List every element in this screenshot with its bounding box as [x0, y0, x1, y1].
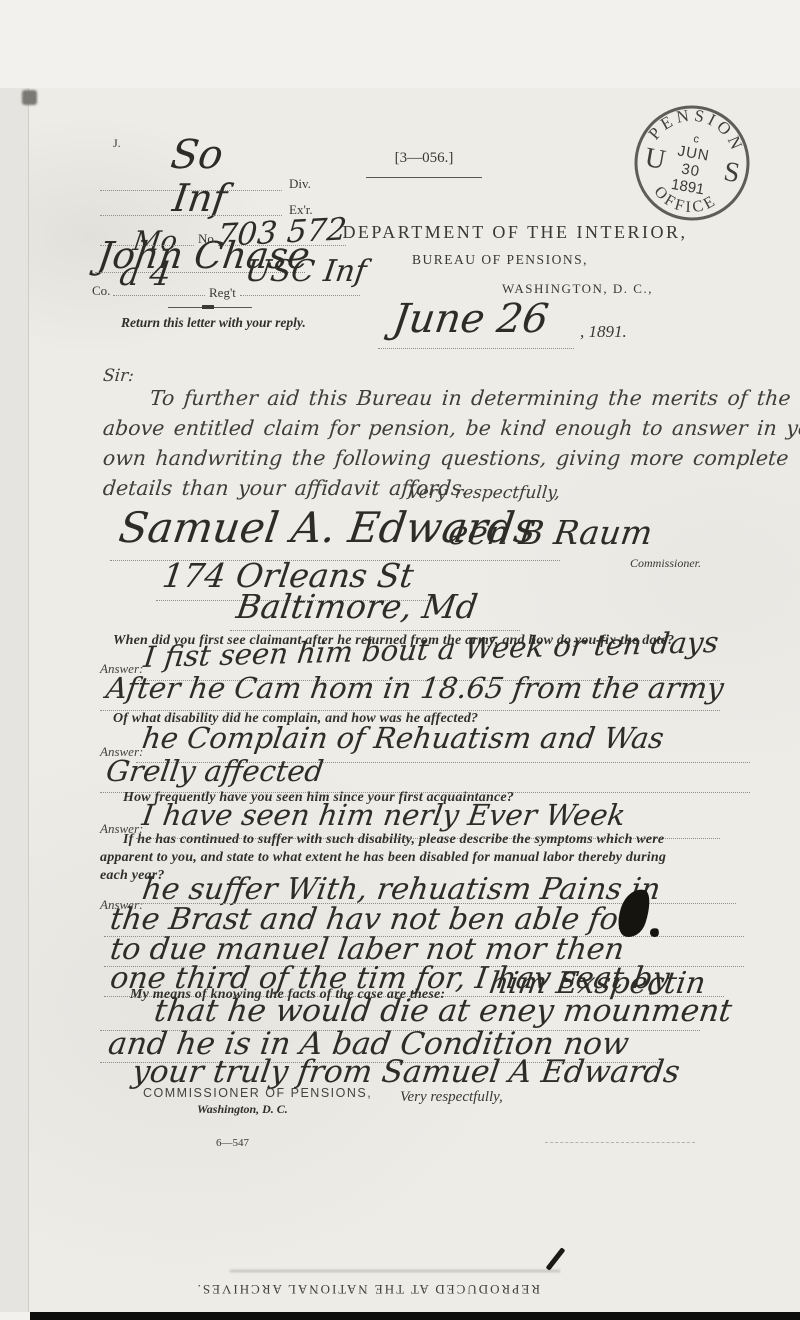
date-handwriting: June 26: [390, 296, 551, 342]
closing-very-respectfully: Very respectfully,: [407, 483, 561, 503]
divider-dash: [202, 305, 214, 309]
form-number: [3—056.]: [368, 150, 480, 167]
answer-5-line: your truly from Samuel A Edwards: [130, 1054, 682, 1090]
dotted-line: [378, 348, 574, 349]
body-line: own handwriting the following questions,…: [102, 446, 790, 470]
letterhead-department: DEPARTMENT OF THE INTERIOR,: [330, 222, 700, 243]
date-printed: , 1891.: [580, 322, 627, 342]
smudge-line: [230, 1270, 560, 1272]
stamp-small-mark: c: [692, 133, 700, 146]
pension-office-stamp: PENSION OFFICE U S c JUN 30 1891: [612, 90, 772, 240]
company-label: Co.: [92, 283, 110, 299]
stamp-right-letter: S: [721, 156, 742, 189]
answer-2-line: he Complain of Rehuatism and Was: [140, 721, 666, 755]
answer-2-line: Grelly affected: [104, 754, 326, 788]
question-4-line: If he has continued to suffer with such …: [123, 832, 664, 848]
footer-closing: Very respectfully,: [400, 1089, 503, 1106]
faint-dashed-line: [545, 1142, 695, 1143]
return-note: Return this letter with your reply.: [121, 315, 306, 331]
company-handwriting: a 4: [117, 254, 174, 293]
commissioner-label: Commissioner.: [630, 556, 701, 571]
corner-smudge: [22, 90, 37, 105]
stray-mark: J.: [113, 136, 121, 151]
regiment-handwriting: USC Inf: [243, 254, 369, 289]
scan-bottom-bar: [30, 1312, 800, 1320]
footer-commissioner: COMMISSIONER OF PENSIONS,: [143, 1086, 372, 1100]
body-line: above entitled claim for pension, be kin…: [102, 416, 800, 440]
dotted-line: [113, 295, 205, 296]
form-code: 6—547: [216, 1137, 249, 1149]
footer-city: Washington, D. C.: [197, 1102, 288, 1117]
answer-3-line: I have seen him nerly Ever Week: [140, 798, 628, 832]
division-handwriting: So: [168, 132, 226, 178]
form-number-rule: [366, 177, 482, 178]
salutation: Sir:: [102, 366, 135, 386]
letterhead-bureau: BUREAU OF PENSIONS,: [405, 252, 595, 268]
scan-left-edge: [0, 88, 28, 1312]
question-4-line: apparent to you, and state to what exten…: [100, 850, 666, 866]
body-line: To further aid this Bureau in determinin…: [149, 386, 792, 410]
scanned-pension-letter: J. So Div. Inf Ex'r. Mo No. 703 572 John…: [0, 0, 800, 1320]
dotted-line: [240, 295, 360, 296]
examiner-handwriting: Inf: [170, 176, 230, 220]
regiment-label: Reg't: [209, 285, 236, 301]
letterhead-city: WASHINGTON, D. C.,: [500, 281, 655, 297]
address-line2-handwriting: Baltimore, Md: [234, 587, 480, 626]
stamp-left-letter: U: [643, 142, 668, 176]
answer-5-line: that he would die at eney mounment: [152, 993, 734, 1029]
division-label: Div.: [289, 176, 311, 192]
answer-1-line: After he Cam hom in 18.65 from the army: [104, 671, 726, 705]
reproduced-at-national-archives-text: REPRODUCED AT THE NATIONAL ARCHIVES.: [200, 1281, 540, 1297]
commissioner-signature: een B Raum: [446, 513, 655, 552]
